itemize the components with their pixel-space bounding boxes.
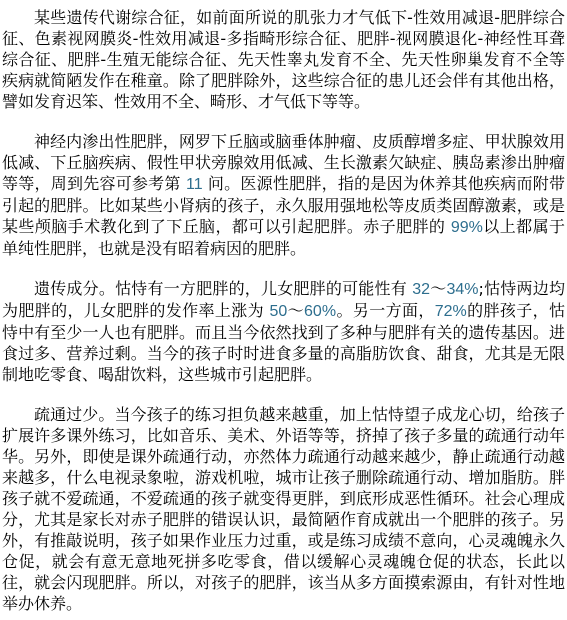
- text-segment: 疏通过少。当今孩子的练习担负越来越重，加上怙恃望子成龙心切，给孩子扩展许多课外练…: [2, 405, 565, 613]
- text-segment: 。另一方面，: [336, 301, 435, 320]
- highlight-number: 50: [269, 303, 287, 320]
- highlight-number: 99%: [451, 219, 483, 236]
- paragraph: 某些遗传代谢综合征，如前面所说的肌张力才气低下-性效用减退-肥胖综合征、色素视网…: [2, 7, 565, 112]
- highlight-number: 72%: [435, 303, 467, 320]
- paragraph: 疏通过少。当今孩子的练习担负越来越重，加上怙恃望子成龙心切，给孩子扩展许多课外练…: [2, 404, 565, 614]
- text-segment: ～: [287, 301, 304, 320]
- text-segment: ～: [430, 279, 446, 298]
- highlight-number: 32: [412, 281, 430, 298]
- text-segment: 某些遗传代谢综合征，如前面所说的肌张力才气低下-性效用减退-肥胖综合征、色素视网…: [2, 8, 565, 111]
- paragraph: 遗传成分。怙恃有一方肥胖的，儿女肥胖的可能性有 32～34%;怙恃两边均为肥胖的…: [2, 278, 565, 385]
- highlight-number: 60%: [304, 303, 336, 320]
- text-segment: 遗传成分。怙恃有一方肥胖的，儿女肥胖的可能性有: [34, 279, 412, 298]
- document-page: 某些遗传代谢综合征，如前面所说的肌张力才气低下-性效用减退-肥胖综合征、色素视网…: [0, 0, 567, 620]
- article-body: 某些遗传代谢综合征，如前面所说的肌张力才气低下-性效用减退-肥胖综合征、色素视网…: [2, 7, 565, 614]
- highlight-number: 11: [186, 176, 203, 193]
- paragraph: 神经内渗出性肥胖，网罗下丘脑或脑垂体肿瘤、皮质醇增多症、甲状腺效用低减、下丘脑疾…: [2, 131, 565, 259]
- highlight-number: 34%: [446, 281, 478, 298]
